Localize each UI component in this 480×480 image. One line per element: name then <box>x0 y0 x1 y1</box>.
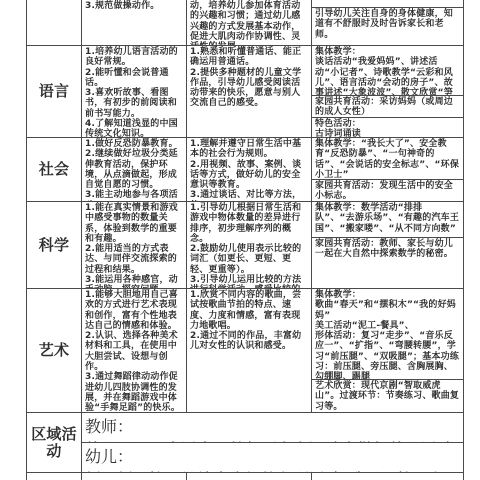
activity-subcell-home-coop: 家园共育活动：发现生活中的安全小标志。 <box>312 180 463 201</box>
activity-subcell-home-coop: 家园共育活动：教师、家长与幼儿一起在大自然中探索数学的秘密。 <box>312 238 463 288</box>
activities-cell: 集体教学： 歌曲“春天”和“摆积木”“我的好妈妈” 美工活动“泥工-餐具”、 形… <box>311 289 463 412</box>
goals-cell: 3.规范做操动作。 <box>81 0 186 45</box>
table-row-health-continued: 3.规范做操动作。 动，培养幼儿参加体育活动的兴趣和习惯；通过幼儿感兴趣的方式发… <box>27 0 463 46</box>
row-label-empty <box>27 0 81 45</box>
row-label-area-activity: 区域活动 <box>27 413 81 472</box>
activities-cell: 集体教学：数学活动“排排队”、“去游乐场”、“有趣的汽车王国”、“搬家喽”、“从… <box>311 202 463 288</box>
activity-subcell-group-teaching: 集体教学：数学活动“排排队”、“去游乐场”、“有趣的汽车王国”、“搬家喽”、“从… <box>312 202 463 238</box>
row-label-society: 社会 <box>27 138 81 201</box>
activity-subcell: 引导幼儿关注自身的身体健康，知道有不舒服时及时告诉家长和老师。 <box>312 8 463 45</box>
measures-cell: 1.引导幼儿根据日常生活和游戏中物体数量的差异进行排序，初步理解序列的概念。 2… <box>186 202 311 288</box>
measures-cell: 1.欣赏不同内容的歌曲，尝试按歌曲节拍的特点、速度、力度和情感，富有表现力地歌唱… <box>186 289 311 412</box>
empty-cell <box>81 473 186 480</box>
empty-cell <box>311 473 463 480</box>
goals-cell: 1.做好反恐防暴教育。 2.继续做好垃圾分类延伸教育活动，保护环境，从点滴做起，… <box>81 138 186 201</box>
table-row-art: 艺术 1.能够大胆地用自己喜欢的方式进行艺术表现和创作，富有个性地表达自己的情感… <box>27 289 463 413</box>
measures-cell: 1.理解并遵守日常生活中基本的社会行为规则。 2.用视频、故事、案例、谈话等方式… <box>186 138 311 201</box>
goals-cell: 1.培养幼儿语言活动的良好常规。 2.能听懂和会说普通话。 3.喜欢听故事、看图… <box>81 46 186 137</box>
row-label-empty <box>27 473 81 480</box>
activities-cell: 引导幼儿关注自身的身体健康，知道有不舒服时及时告诉家长和老师。 <box>311 0 463 45</box>
measures-cell: 动，培养幼儿参加体育活动的兴趣和习惯；通过幼儿感兴趣的方式发展基本动作，促进大肌… <box>186 0 311 45</box>
activities-cell: 集体教学：“我长大了”、安全教育“反恐防暴”、“一句神奇的话”、“会说话的安全标… <box>311 138 463 201</box>
activities-cell: 集体教学： 谈话活动“我爱妈妈”、讲述活动“小记者”、诗歌教学“云彩和风儿”、语… <box>311 46 463 137</box>
measures-cell: 1.熟悉和听懂普通话、能正确运用普通话。 2.提供多种题材的儿童文学作品，引导幼… <box>186 46 311 137</box>
table-row-cropped-bottom <box>27 473 463 480</box>
row-label-language: 语言 <box>27 46 81 137</box>
activity-subcell-group-teaching: 集体教学： 歌曲“春天”和“摆积木”“我的好妈妈” 美工活动“泥工-餐具”、 形… <box>312 289 463 380</box>
area-activity-cell: 教师： 幼儿园一日生活中，教师要有意识地去做好幼儿活动的引导者、支持者、合作者，… <box>81 413 463 472</box>
teacher-role-subcell: 教师： 幼儿园一日生活中，教师要有意识地去做好幼儿活动的引导者、支持者、合作者，… <box>82 413 463 443</box>
activity-subcell-home-coop: 家园共育活动：采访妈妈（或周边的成人女性） <box>312 96 463 118</box>
document-page: 3.规范做操动作。 动，培养幼儿参加体育活动的兴趣和习惯；通过幼儿感兴趣的方式发… <box>0 0 480 480</box>
activity-subcell-feature: 特色活动： 古诗词诵读 <box>312 118 463 137</box>
table-row-society: 社会 1.做好反恐防暴教育。 2.继续做好垃圾分类延伸教育活动，保护环境，从点滴… <box>27 138 463 202</box>
table-row-area-activity: 区域活动 教师： 幼儿园一日生活中，教师要有意识地去做好幼儿活动的引导者、支持者… <box>27 413 463 473</box>
children-role-subcell: 幼儿： 新园新环境，继续中班组的主题活动“我是环境小主人”，与幼儿一起讨论环境的… <box>82 443 463 472</box>
activity-subcell <box>312 0 463 8</box>
table-row-science: 科学 1.能在真实情景和游戏中感受事物的数量关系，体验到数学的重要和有趣。 2.… <box>27 202 463 289</box>
activity-subcell-appreciation: 艺术欣赏：现代京剧“智取威虎山”。过渡环节：节奏练习、歌曲复习等。 <box>312 380 463 412</box>
activity-subcell-group-teaching: 集体教学： 谈话活动“我爱妈妈”、讲述活动“小记者”、诗歌教学“云彩和风儿”、语… <box>312 46 463 96</box>
goals-cell: 1.能在真实情景和游戏中感受事物的数量关系，体验到数学的重要和有趣。 2.能用适… <box>81 202 186 288</box>
goals-cell: 1.能够大胆地用自己喜欢的方式进行艺术表现和创作，富有个性地表达自己的情感和体验… <box>81 289 186 412</box>
activity-subcell-group-teaching: 集体教学：“我长大了”、安全教育“反恐防暴”、“一句神奇的话”、“会说话的安全标… <box>312 138 463 180</box>
row-label-art: 艺术 <box>27 289 81 412</box>
empty-cell <box>186 473 311 480</box>
table-row-language: 语言 1.培养幼儿语言活动的良好常规。 2.能听懂和会说普通话。 3.喜欢听故事… <box>27 46 463 138</box>
curriculum-table: 3.规范做操动作。 动，培养幼儿参加体育活动的兴趣和习惯；通过幼儿感兴趣的方式发… <box>26 0 464 480</box>
row-label-science: 科学 <box>27 202 81 288</box>
